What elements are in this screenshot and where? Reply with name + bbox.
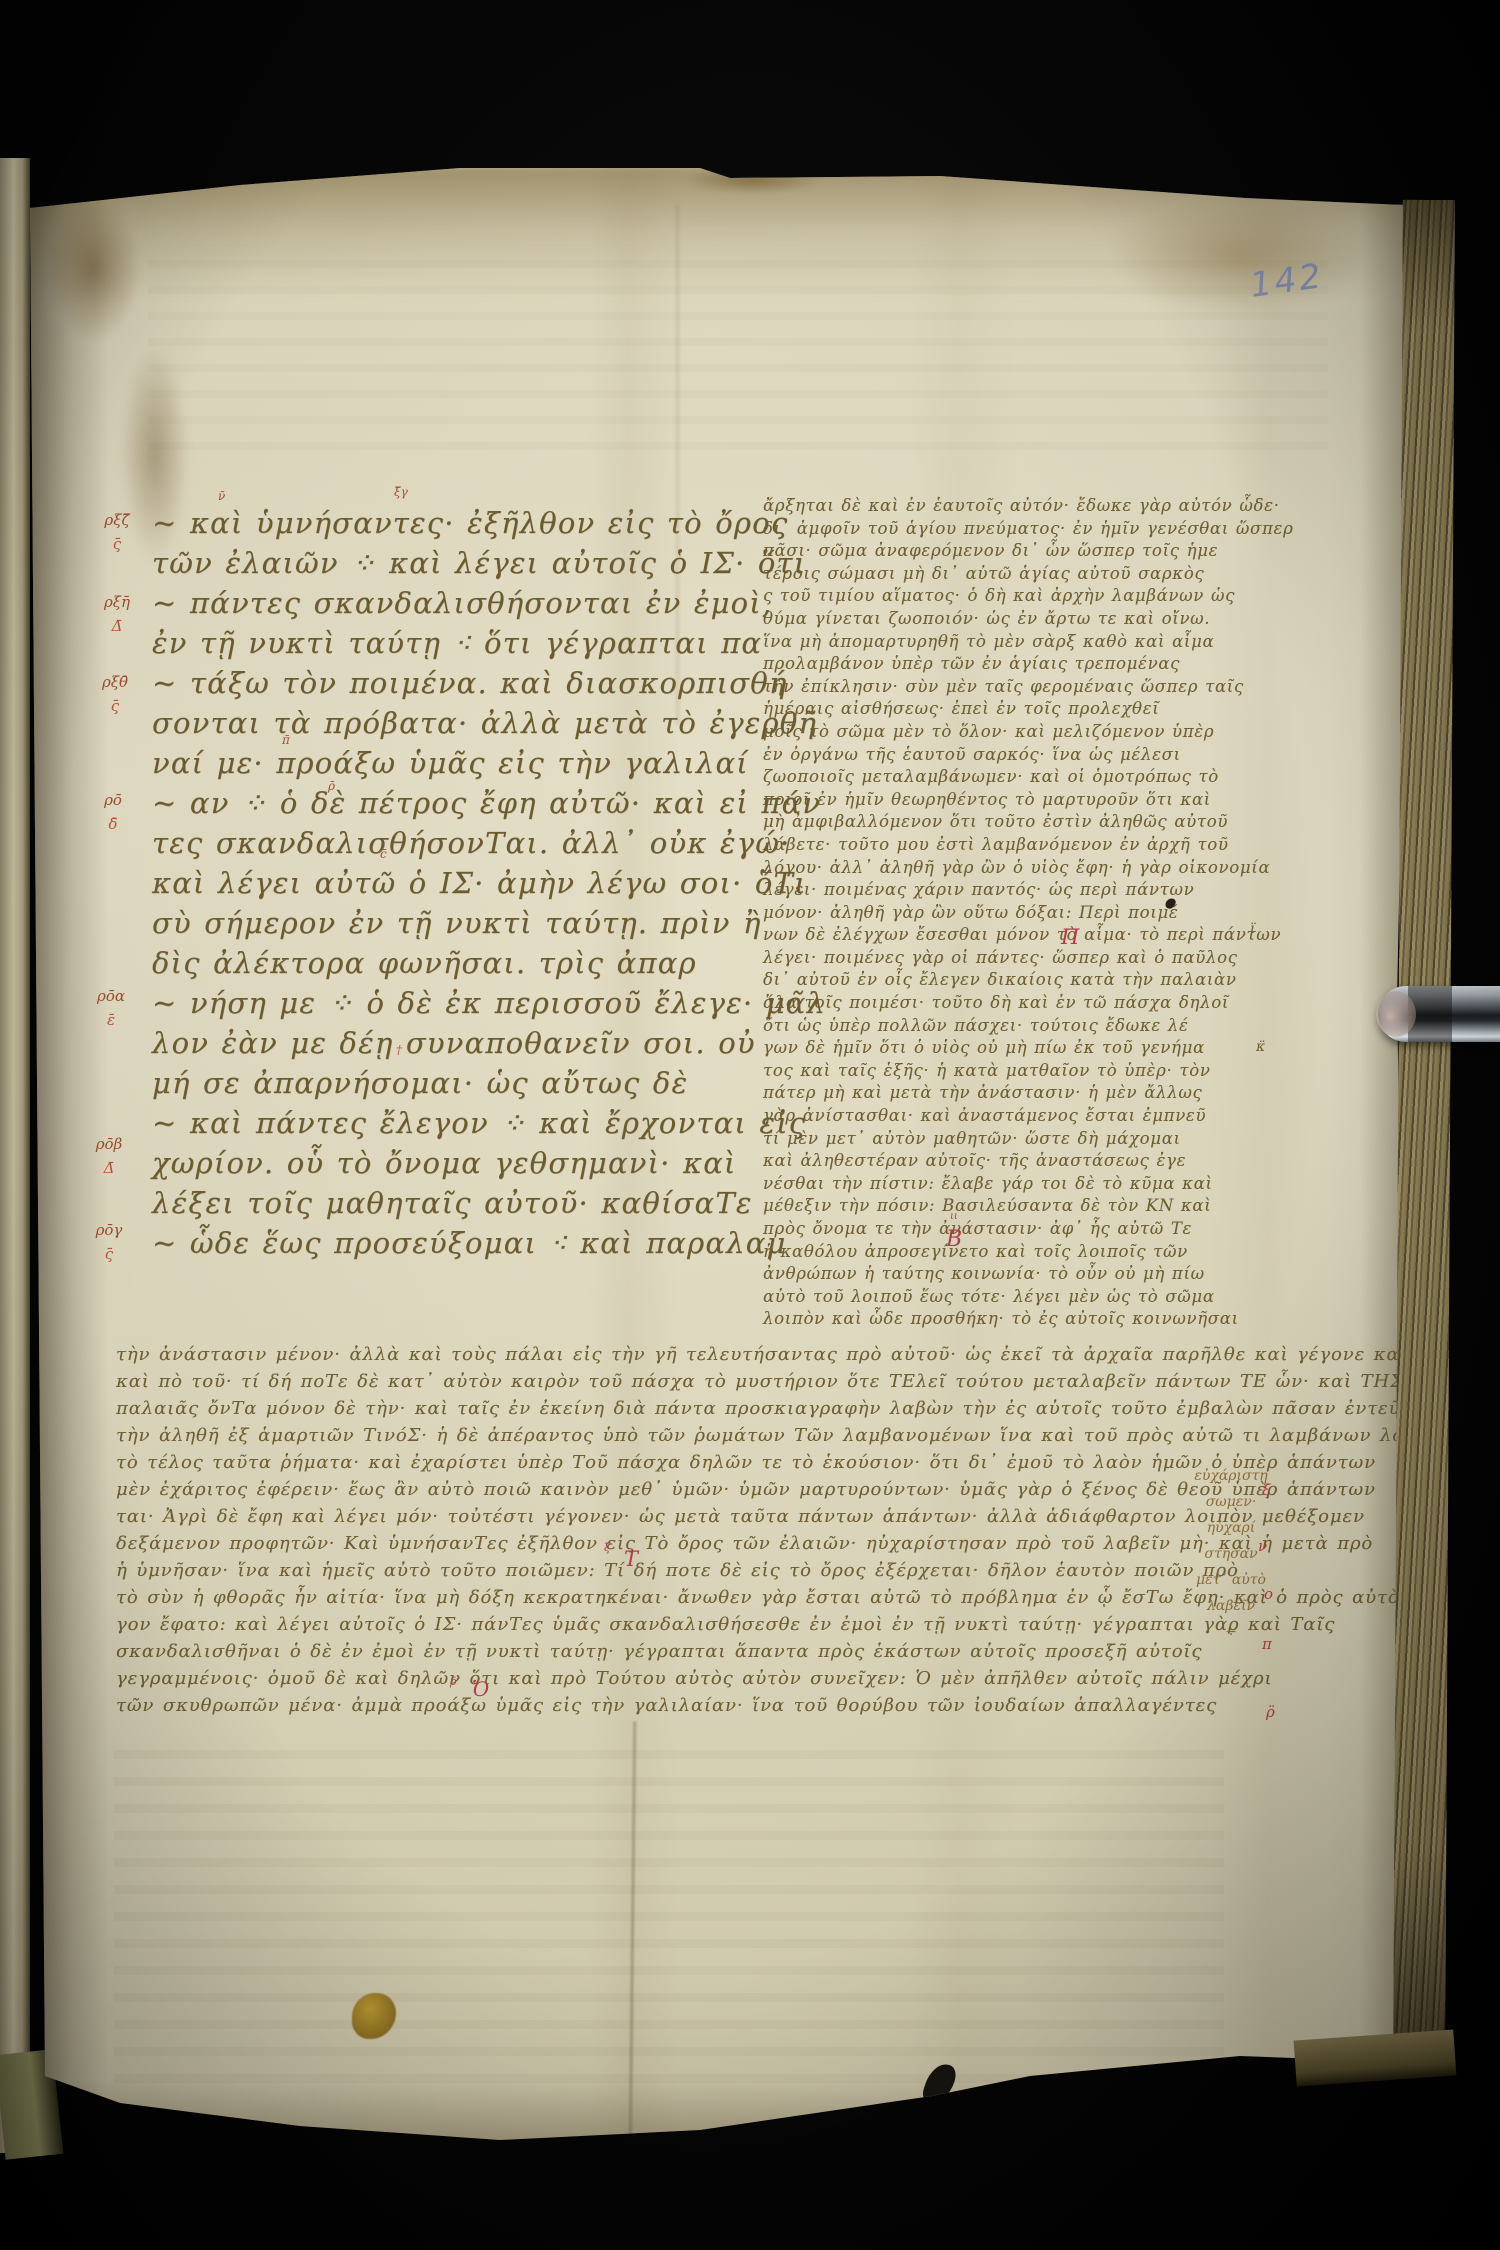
chapter-number-bottom: Δ̄ — [86, 1161, 132, 1176]
margin-section-letter: κ̈ — [1256, 1039, 1265, 1055]
text-line: καὶ πὸ τοῦ· τί δή ποΤε δὲ κατ᾽ αὐτὸν και… — [116, 1368, 1188, 1395]
text-line: λέξει τοῖς μαθηταῖς αὐτοῦ· καθίσαΤε — [152, 1183, 718, 1223]
text-line: ∼ ὧδε ἕως προσεύξομαι ⁖ καὶ παραλαμ — [152, 1223, 718, 1263]
text-line: τος καὶ ταῖς ἑξῆς· ἡ κατὰ ματθαῖον τὸ ὑπ… — [763, 1060, 1245, 1083]
interlinear-mark: ξ̄γ — [394, 485, 408, 499]
text-line: νων δὲ ἐλέγχων ἔσεσθαι μόνον τὸ αἷμα· τὸ… — [763, 924, 1245, 947]
text-line: ∼ τάξω τὸν ποιμένα. καὶ διασκορπισθή — [152, 663, 718, 703]
rubric-reference-mark: ξ̄ — [604, 1541, 610, 1554]
margin-red-letter: ρ̈ — [1266, 1703, 1275, 1721]
interlinear-mark: c̄ — [380, 847, 387, 861]
text-line: λέγει· ποιμένας χάριν παντός· ὡς περὶ πά… — [763, 879, 1245, 902]
text-line: ἄρξηται δὲ καὶ ἐν ἑαυτοῖς αὐτόν· ἔδωκε γ… — [763, 495, 1245, 518]
rubric-initial-tau: Τ — [624, 1547, 638, 1571]
text-line: τῶν ἐλαιῶν ⁘ καὶ λέγει αὐτοῖς ὁ ΙΣ· ὅτι — [152, 543, 718, 583]
text-line: χωρίον. οὗ τὸ ὄνομα γεθσημανὶ· καὶ — [152, 1143, 718, 1183]
text-line: τὸ σὺν ἡ φθορᾶς ἦν αἰτία· ἵνα μὴ δόξη κε… — [116, 1584, 1188, 1611]
fore-edge-bottom — [1294, 2029, 1457, 2086]
text-line: θύμα γίνεται ζωοποιόν· ὡς ἐν ἄρτω τε καὶ… — [763, 608, 1245, 631]
text-line: ∼ αν ⁘ ὁ δὲ πέτρος ἔφη αὐτῶ· καὶ εἰ πάν — [152, 783, 718, 823]
text-line: ἐν τῇ νυκτὶ ταύτῃ ⁖ ὅτι γέγραπται πα — [152, 623, 718, 663]
chapter-number-bottom: ς̄ — [86, 1247, 132, 1262]
margin-chapter-number: ρξη̄Δ̄ — [94, 595, 140, 634]
text-line: δὶς ἀλέκτορα φωνῆσαι. τρὶς ἀπαρ — [152, 943, 718, 983]
margin-chapter-number: ρōαε̄ — [88, 989, 134, 1028]
text-line: ὅτι ὡς ὑπὲρ πολλῶν πάσχει· τούτοις ἔδωκε… — [763, 1015, 1245, 1038]
chapter-number-top: ρōα — [97, 987, 125, 1005]
text-line: ς τοῦ τιμίου αἵματος· ὁ δὴ καὶ ἀρχὴν λαμ… — [763, 585, 1245, 608]
margin-red-letter: π — [1262, 1635, 1272, 1653]
interlinear-mark: ρ̄ — [328, 779, 335, 793]
interlinear-mark: π̄ — [282, 733, 290, 747]
manuscript-page: 142 ρξζ̄ς̄ ρξη̄Δ̄ ρξθ̄ς̄ ρōδ̄ ρōαε̄ ρōβΔ… — [28, 165, 1408, 2150]
chapter-number-top: ρōγ — [96, 1221, 123, 1239]
margin-red-letter: ξ — [1262, 1481, 1270, 1499]
text-line: τὴν ἀληθῆ ἐξ ἁμαρτιῶν ΤινόΣ· ἡ δὲ ἀπέραν… — [116, 1422, 1188, 1449]
rubric-reference-mark: ρ̄ — [450, 1675, 456, 1688]
chapter-number-top: ρōβ — [96, 1135, 123, 1153]
text-line: προλαμβάνον ὑπὲρ τῶν ἐν ἁγίαις τρεπομένα… — [763, 653, 1245, 676]
rubric-initial-omicron: Ὁ — [472, 1677, 489, 1701]
text-line: λάβετε· τοῦτο μου ἐστὶ λαμβανόμενον ἐν ἀ… — [763, 834, 1245, 857]
text-line: πάτερ μὴ καὶ μετὰ τὴν ἀνάστασιν· ἡ μὲν ἄ… — [763, 1082, 1245, 1105]
gloss-line: σωμεν· — [1191, 1489, 1271, 1515]
chapter-number-bottom: δ̄ — [90, 817, 136, 832]
text-line: ἡ καθόλου ἀπροσεγίνετο καὶ τοῖς λοιποῖς … — [763, 1241, 1245, 1264]
chapter-number-bottom: ς̄ — [92, 699, 138, 714]
ink-blot — [992, 2097, 1012, 2118]
text-line: λέγει· ποιμένες γὰρ οἱ πάντες· ὥσπερ καὶ… — [763, 947, 1245, 970]
text-line: τέροις σώμασι μὴ δι᾽ αὐτῶ ἁγίας αὐτοῦ σα… — [763, 563, 1245, 586]
top-stain — [688, 167, 818, 193]
text-line: ναί με· προάξω ὑμᾶς εἰς τὴν γαλιλαί — [152, 743, 718, 783]
previous-page-edge — [0, 158, 30, 2153]
text-line: σονται τὰ πρόβατα· ἀλλὰ μετὰ τὸ ἐγερθῆ — [152, 703, 718, 743]
text-line: τὴν ἐπίκλησιν· σὺν μὲν ταῖς φερομέναις ὥ… — [763, 676, 1245, 699]
commentary-block: τὴν ἀνάστασιν μένον· ἀλλὰ καὶ τοὺς πάλαι… — [116, 1341, 1188, 1723]
interlinear-mark: ν̄ — [218, 489, 225, 503]
margin-chapter-number: ρōδ̄ — [90, 793, 136, 832]
text-line: τὴν ἀνάστασιν μένον· ἀλλὰ καὶ τοὺς πάλαι… — [116, 1341, 1188, 1368]
chapter-number-top: ρξζ̄ — [104, 511, 129, 529]
text-line: ται· Ἀγρὶ δὲ ἔφη καὶ λέγει μόν· τοὐτέστι… — [116, 1503, 1188, 1530]
rubric-initial-pi: Π — [1061, 925, 1079, 949]
gospel-text-column: ∼ καὶ ὑμνήσαντες· ἐξῆλθον εἰς τὸ ὄροςτῶν… — [152, 503, 718, 1273]
text-line: σκανδαλισθῆναι ὁ δὲ ἐν ἐμοὶ ἐν τῇ νυκτὶ … — [116, 1638, 1188, 1665]
text-line: ποιοῖ ἐν ἡμῖν θεωρηθέντος τὸ μαρτυροῦν ὅ… — [763, 789, 1245, 812]
text-line: γων δὲ ἡμῖν ὅτι ὁ υἱὸς οὐ μὴ πίω ἐκ τοῦ … — [763, 1037, 1245, 1060]
text-line: ∼ καὶ πάντες ἔλεγον ⁘ καὶ ἔρχονται εἰς — [152, 1103, 718, 1143]
text-line: ἡ ὑμνῆσαν· ἵνα καὶ ἡμεῖς αὐτὸ τοῦτο ποιῶ… — [116, 1557, 1188, 1584]
text-line: λον ἐὰν με δέῃ συναποθανεῖν σοι. οὐ — [152, 1023, 718, 1063]
chapter-number-top: ρō — [104, 791, 122, 809]
text-line: παλαιᾶς ὄνΤα μόνον δὲ τὴν· καὶ ταῖς ἐν ἐ… — [116, 1395, 1188, 1422]
margin-chapter-number: ρξζ̄ς̄ — [94, 513, 140, 552]
gloss-line: μετ᾽ αὐτὸ — [1191, 1567, 1271, 1593]
text-line: μόνον· ἀληθῆ γὰρ ὢν οὕτω δόξαι: Περὶ ποι… — [763, 902, 1245, 925]
text-line: ἅλα τοῖς ποιμέσι· τοῦτο δὴ καὶ ἐν τῶ πάσ… — [763, 992, 1245, 1015]
text-line: μή σε ἀπαρνήσομαι· ὡς αὔτως δὲ — [152, 1063, 718, 1103]
chapter-number-bottom: Δ̄ — [94, 619, 140, 634]
text-line: δι᾽ ἀμφοῖν τοῦ ἁγίου πνεύματος· ἐν ἡμῖν … — [763, 518, 1245, 541]
margin-section-letter: ϊ — [1250, 921, 1256, 937]
text-line: τί μὲν μετ᾽ αὐτὸν μαθητῶν· ὥστε δὴ μάχομ… — [763, 1128, 1245, 1151]
margin-red-letter: ν — [1258, 1537, 1267, 1555]
text-line: τῶν σκυθρωπῶν μένα· ἀμμὰ προάξω ὑμᾶς εἰς… — [116, 1692, 1188, 1719]
text-line: καὶ λέγει αὐτῶ ὁ ΙΣ· ἀμὴν λέγω σοι· ὅΤι — [152, 863, 718, 903]
text-line: γὰρ ἀνίστασθαι· καὶ ἀναστάμενος ἔσται ἐμ… — [763, 1105, 1245, 1128]
chapter-number-bottom: ς̄ — [94, 537, 140, 552]
text-line: ἀνθρώπων ἡ ταύτης κοινωνία· τὸ οὖν οὐ μὴ… — [763, 1263, 1245, 1286]
text-line: μὲν ἐχάριτος ἐφέρειν· ἕως ἂν αὐτὸ ποιῶ κ… — [116, 1476, 1188, 1503]
margin-red-letter: ο — [1264, 1585, 1273, 1603]
text-line: μέθεξιν τὴν πόσιν: Βασιλεύσαντα δὲ τὸν Κ… — [763, 1195, 1245, 1218]
text-line: πᾶσι· σῶμα ἀναφερόμενον δι᾽ ὧν ὥσπερ τοῖ… — [763, 540, 1245, 563]
rubric-initial-beta: Β — [946, 1227, 962, 1252]
fore-edge-page-stack — [1393, 200, 1455, 2072]
text-line: ἵνα μὴ ἀπομαρτυρηθῆ τὸ μὲν σὰρξ καθὸ καὶ… — [763, 631, 1245, 654]
text-line: δι᾽ αὐτοῦ ἐν οἷς ἔλεγεν δικαίοις κατὰ τὴ… — [763, 969, 1245, 992]
text-line: αὐτὸ τοῦ λοιποῦ ἕως τότε· λέγει μὲν ὡς τ… — [763, 1286, 1245, 1309]
chapter-number-bottom: ε̄ — [88, 1013, 134, 1028]
commentary-column: ἄρξηται δὲ καὶ ἐν ἑαυτοῖς αὐτόν· ἔδωκε γ… — [763, 495, 1245, 1340]
text-line: μὴ ἀμφιβαλλόμενον ὅτι τοῦτο ἐστὶν ἀληθῶς… — [763, 811, 1245, 834]
interlinear-cross-mark: † — [396, 1043, 402, 1057]
margin-chapter-number: ρōβΔ̄ — [86, 1137, 132, 1176]
text-line: ἐν ὀργάνω τῆς ἑαυτοῦ σαρκός· ἵνα ὡς μέλε… — [763, 744, 1245, 767]
text-line: ∼ καὶ ὑμνήσαντες· ἐξῆλθον εἰς τὸ ὄρος — [152, 503, 718, 543]
text-line: ∼ νήση με ⁘ ὁ δὲ ἐκ περισσοῦ ἔλεγε· μᾶλ — [152, 983, 718, 1023]
text-line: γεγραμμένοις· ὁμοῦ δὲ καὶ δηλῶν ὅτι καὶ … — [116, 1665, 1188, 1692]
margin-chapter-number: ρōγς̄ — [86, 1223, 132, 1262]
gloss-line: ÷ — [1191, 1619, 1271, 1645]
text-line: λόγου· ἀλλ᾽ ἀληθῆ γὰρ ὢν ὁ υἱὸς ἔφη· ἡ γ… — [763, 857, 1245, 880]
rubric-superscript: ιι — [950, 1211, 958, 1222]
glass-page-weight — [1378, 986, 1500, 1042]
manuscript-photo: 142 ρξζ̄ς̄ ρξη̄Δ̄ ρξθ̄ς̄ ρōδ̄ ρōαε̄ ρōβΔ… — [0, 0, 1500, 2250]
text-line: τες σκανδαλισθήσονΤαι. ἀλλ᾽ οὐκ ἐγώ· — [152, 823, 718, 863]
chapter-number-top: ρξθ̄ — [102, 673, 128, 691]
text-line: ἡμέραις αἰσθήσεως· ἐπεὶ ἐν τοῖς προλεχθε… — [763, 698, 1245, 721]
glass-rod-tip — [1376, 991, 1416, 1037]
text-line: γον ἔφατο: καὶ λέγει αὐτοῖς ὁ ΙΣ· πάνΤες… — [116, 1611, 1188, 1638]
gloss-line: εὐχάριστη — [1191, 1463, 1271, 1489]
text-line: δεξάμενον προφητῶν· Καὶ ὑμνήσανΤες ἐξῆλθ… — [116, 1530, 1188, 1557]
text-line: λοιπὸν καὶ ὧδε προσθήκη· τὸ ἐς αὐτοῖς κο… — [763, 1308, 1245, 1331]
margin-chapter-number: ρξθ̄ς̄ — [92, 675, 138, 714]
chapter-number-top: ρξη̄ — [104, 593, 130, 611]
text-line: μοῖς τὸ σῶμα μὲν τὸ ὅλον· καὶ μελιζόμενο… — [763, 721, 1245, 744]
text-line: καὶ ἀληθεστέραν αὐτοῖς· τῆς ἀναστάσεως ἐ… — [763, 1150, 1245, 1173]
text-line: σὺ σήμερον ἐν τῇ νυκτὶ ταύτῃ. πρὶν ἢ — [152, 903, 718, 943]
bottom-edge-shadow — [28, 2080, 1408, 2150]
text-line: νέσθαι τὴν πίστιν: ἔλαβε γάρ τοι δὲ τὸ κ… — [763, 1173, 1245, 1196]
gloss-line: λαβεῖν — [1191, 1593, 1271, 1619]
text-line: ∼ πάντες σκανδαλισθήσονται ἐν ἐμοὶ, — [152, 583, 718, 623]
text-line: πρὸς ὄνομα τε τὴν ἀνάστασιν· ἀφ᾽ ἧς αὐτῶ… — [763, 1218, 1245, 1241]
text-line: ζωοποιοῖς μεταλαμβάνωμεν· καὶ οἱ ὁμοτρόπ… — [763, 766, 1245, 789]
text-line: τὸ τέλος ταῦτα ῥήματα· καὶ ἐχαρίστει ὑπὲ… — [116, 1449, 1188, 1476]
